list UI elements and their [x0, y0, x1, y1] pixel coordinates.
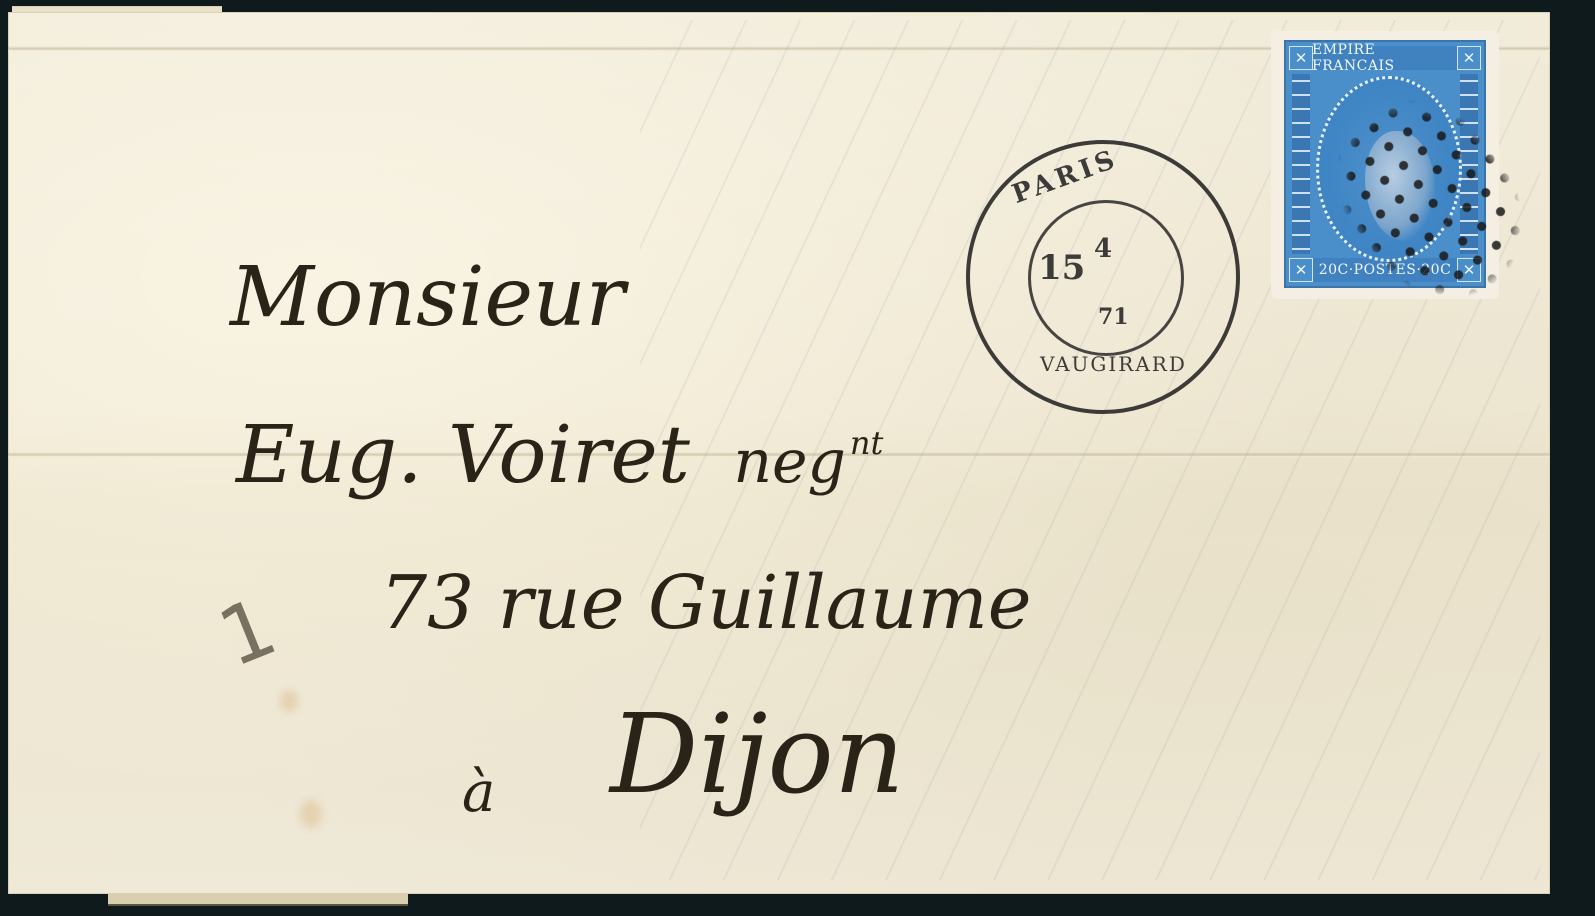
circular-date-postmark: PARIS 15 4 71 VAUGIRARD	[966, 140, 1240, 414]
foxing-stain	[280, 690, 298, 712]
addressee-name: Eug. Voiret	[236, 408, 690, 501]
corner-x-icon: ✕	[1289, 46, 1313, 70]
foxing-stain	[300, 800, 322, 828]
addressee-title-superscript: nt	[850, 424, 883, 462]
addressee-line: Eug. Voiret negnt	[236, 408, 883, 501]
addressee-title: neg	[733, 427, 846, 497]
postmark-month: 4	[1094, 234, 1112, 264]
backing-sheet-bottom-edge	[108, 892, 408, 906]
corner-x-icon: ✕	[1289, 258, 1313, 282]
city-preposition: à	[462, 760, 495, 825]
postmark-office: VAUGIRARD	[1040, 352, 1187, 376]
postmark-year: 71	[1098, 304, 1129, 330]
street-address: 73 rue Guillaume	[380, 560, 1032, 646]
postmark-day: 15	[1038, 248, 1085, 288]
destination-city: Dijon	[610, 690, 905, 818]
salutation: Monsieur	[230, 250, 625, 345]
